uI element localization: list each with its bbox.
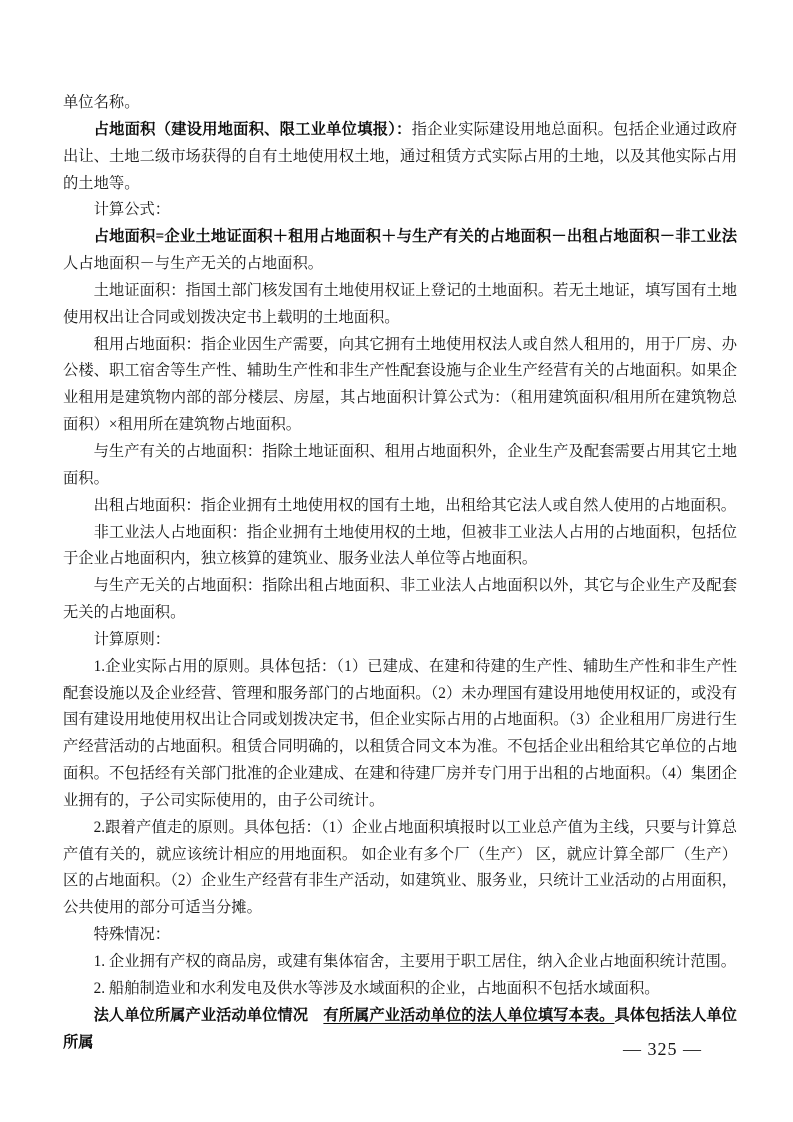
page-number: — 325 — (623, 1040, 702, 1058)
text-run: 人占地面积－与生产无关的占地面积。 (63, 255, 323, 272)
text-run: 与生产无关的占地面积：指除出租占地面积、非工业法人占地面积以外，其它与企业生产及… (63, 577, 737, 621)
text-run: 2.跟着产值走的原则。具体包括：（1）企业占地面积填报时以工业总产值为主线，只要… (63, 819, 737, 917)
text-run: 2. 船舶制造业和水利发电及供水等涉及水域面积的企业，占地面积不包括水域面积。 (94, 980, 660, 997)
paragraph: 出租占地面积：指企业拥有土地使用权的国有土地，出租给其它法人或自然人使用的占地面… (63, 493, 737, 520)
text-run: 出租占地面积：指企业拥有土地使用权的国有土地，出租给其它法人或自然人使用的占地面… (94, 497, 736, 514)
paragraph: 单位名称。 (63, 90, 737, 117)
paragraph: 计算原则： (63, 627, 737, 654)
paragraph: 1.企业实际占用的原则。具体包括：（1）已建成、在建和待建的生产性、辅助生产性和… (63, 654, 737, 815)
text-run: 土地证面积：指国土部门核发国有土地使用权证上登记的土地面积。若无土地证，填写国有… (63, 282, 737, 326)
paragraph: 非工业法人占地面积：指企业拥有土地使用权的土地，但被非工业法人占用的占地面积，包… (63, 520, 737, 574)
text-run: 计算公式： (94, 201, 171, 218)
paragraph: 2. 船舶制造业和水利发电及供水等涉及水域面积的企业，占地面积不包括水域面积。 (63, 976, 737, 1003)
paragraph: 与生产有关的占地面积：指除土地证面积、租用占地面积外，企业生产及配套需要占用其它… (63, 439, 737, 493)
underlined-text-run: 有所属产业活动单位的法人单位填写本表。 (323, 1007, 614, 1024)
text-run: 非工业法人占地面积：指企业拥有土地使用权的土地，但被非工业法人占用的占地面积，包… (63, 524, 737, 568)
document-body: 单位名称。占地面积（建设用地面积、限工业单位填报）：指企业实际建设用地总面积。包… (63, 90, 737, 1056)
bold-text-run: 占地面积（建设用地面积、限工业单位填报）： (94, 121, 412, 138)
bold-text-run: 占地面积=企业土地证面积＋租用占地面积＋与生产有关的占地面积－出租占地面积－非工… (94, 228, 737, 245)
document-page: 单位名称。占地面积（建设用地面积、限工业单位填报）：指企业实际建设用地总面积。包… (0, 0, 793, 1122)
paragraph: 与生产无关的占地面积：指除出租占地面积、非工业法人占地面积以外，其它与企业生产及… (63, 573, 737, 627)
text-run: 计算原则： (94, 631, 171, 648)
text-run: 1.企业实际占用的原则。具体包括：（1）已建成、在建和待建的生产性、辅助生产性和… (63, 658, 737, 809)
paragraph: 1. 企业拥有产权的商品房，或建有集体宿舍，主要用于职工居住，纳入企业占地面积统… (63, 949, 737, 976)
paragraph: 占地面积=企业土地证面积＋租用占地面积＋与生产有关的占地面积－出租占地面积－非工… (63, 224, 737, 278)
text-run: 与生产有关的占地面积：指除土地证面积、租用占地面积外，企业生产及配套需要占用其它… (63, 443, 737, 487)
text-run: 特殊情况： (94, 926, 171, 943)
text-run: 单位名称。 (63, 94, 140, 111)
paragraph: 土地证面积：指国土部门核发国有土地使用权证上登记的土地面积。若无土地证，填写国有… (63, 278, 737, 332)
text-run: 租用占地面积：指企业因生产需要，向其它拥有土地使用权法人或自然人租用的，用于厂房… (63, 336, 737, 434)
text-run: 1. 企业拥有产权的商品房，或建有集体宿舍，主要用于职工居住，纳入企业占地面积统… (94, 953, 736, 970)
paragraph: 租用占地面积：指企业因生产需要，向其它拥有土地使用权法人或自然人租用的，用于厂房… (63, 332, 737, 439)
paragraph: 占地面积（建设用地面积、限工业单位填报）：指企业实际建设用地总面积。包括企业通过… (63, 117, 737, 198)
bold-text-run: 法人单位所属产业活动单位情况 (94, 1007, 324, 1024)
paragraph: 特殊情况： (63, 922, 737, 949)
paragraph: 计算公式： (63, 197, 737, 224)
paragraph: 2.跟着产值走的原则。具体包括：（1）企业占地面积填报时以工业总产值为主线，只要… (63, 815, 737, 922)
